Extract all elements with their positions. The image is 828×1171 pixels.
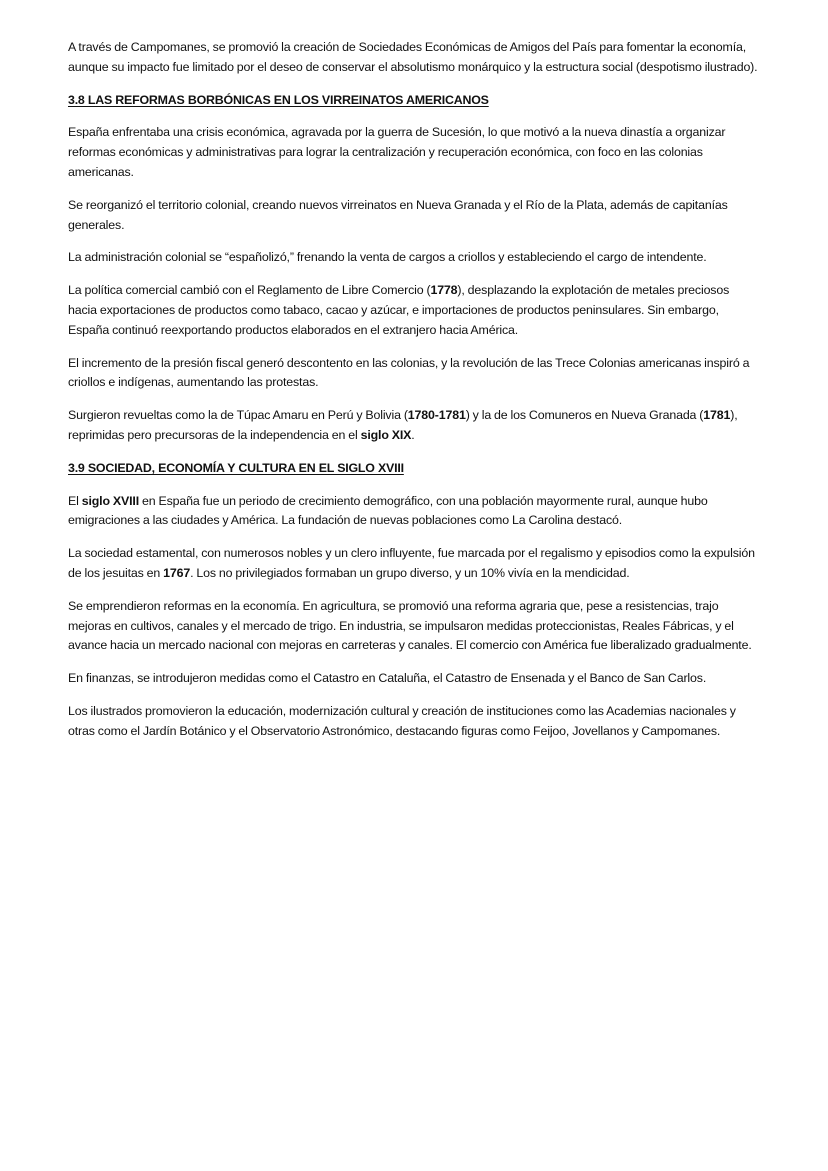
- paragraph: El siglo XVIII en España fue un periodo …: [68, 492, 758, 532]
- paragraph: La administración colonial se “españoliz…: [68, 248, 758, 268]
- paragraph: La política comercial cambió con el Regl…: [68, 281, 758, 340]
- paragraph: A través de Campomanes, se promovió la c…: [68, 38, 758, 78]
- section-heading: 3.8 LAS REFORMAS BORBÓNICAS EN LOS VIRRE…: [68, 91, 758, 111]
- text-run: en España fue un periodo de crecimiento …: [68, 494, 708, 528]
- text-run: .: [411, 428, 414, 442]
- paragraph: Se reorganizó el territorio colonial, cr…: [68, 196, 758, 236]
- text-run: ) y la de los Comuneros en Nueva Granada…: [466, 408, 704, 422]
- paragraph: España enfrentaba una crisis económica, …: [68, 123, 758, 182]
- bold-text: 1780-1781: [408, 408, 466, 422]
- document-page: A través de Campomanes, se promovió la c…: [68, 38, 758, 755]
- text-run: España enfrentaba una crisis económica, …: [68, 125, 725, 179]
- text-run: La política comercial cambió con el Regl…: [68, 283, 430, 297]
- text-run: Se emprendieron reformas en la economía.…: [68, 599, 752, 653]
- section-heading: 3.9 SOCIEDAD, ECONOMÍA Y CULTURA EN EL S…: [68, 459, 758, 479]
- bold-text: 3.8 LAS REFORMAS BORBÓNICAS EN LOS VIRRE…: [68, 93, 489, 107]
- paragraph: Se emprendieron reformas en la economía.…: [68, 597, 758, 656]
- text-run: A través de Campomanes, se promovió la c…: [68, 40, 757, 74]
- bold-text: 1767: [163, 566, 190, 580]
- text-run: El incremento de la presión fiscal gener…: [68, 356, 749, 390]
- paragraph: Los ilustrados promovieron la educación,…: [68, 702, 758, 742]
- paragraph: Surgieron revueltas como la de Túpac Ama…: [68, 406, 758, 446]
- bold-text: siglo XIX: [361, 428, 412, 442]
- text-run: El: [68, 494, 82, 508]
- text-run: Los ilustrados promovieron la educación,…: [68, 704, 736, 738]
- text-run: La administración colonial se “españoliz…: [68, 250, 707, 264]
- paragraph: El incremento de la presión fiscal gener…: [68, 354, 758, 394]
- bold-text: 1778: [430, 283, 457, 297]
- paragraph: La sociedad estamental, con numerosos no…: [68, 544, 758, 584]
- bold-text: siglo XVIII: [82, 494, 139, 508]
- text-run: Surgieron revueltas como la de Túpac Ama…: [68, 408, 408, 422]
- text-run: En finanzas, se introdujeron medidas com…: [68, 671, 706, 685]
- bold-text: 1781: [703, 408, 730, 422]
- paragraph: En finanzas, se introdujeron medidas com…: [68, 669, 758, 689]
- text-run: Se reorganizó el territorio colonial, cr…: [68, 198, 728, 232]
- text-run: . Los no privilegiados formaban un grupo…: [190, 566, 629, 580]
- bold-text: 3.9 SOCIEDAD, ECONOMÍA Y CULTURA EN EL S…: [68, 461, 404, 475]
